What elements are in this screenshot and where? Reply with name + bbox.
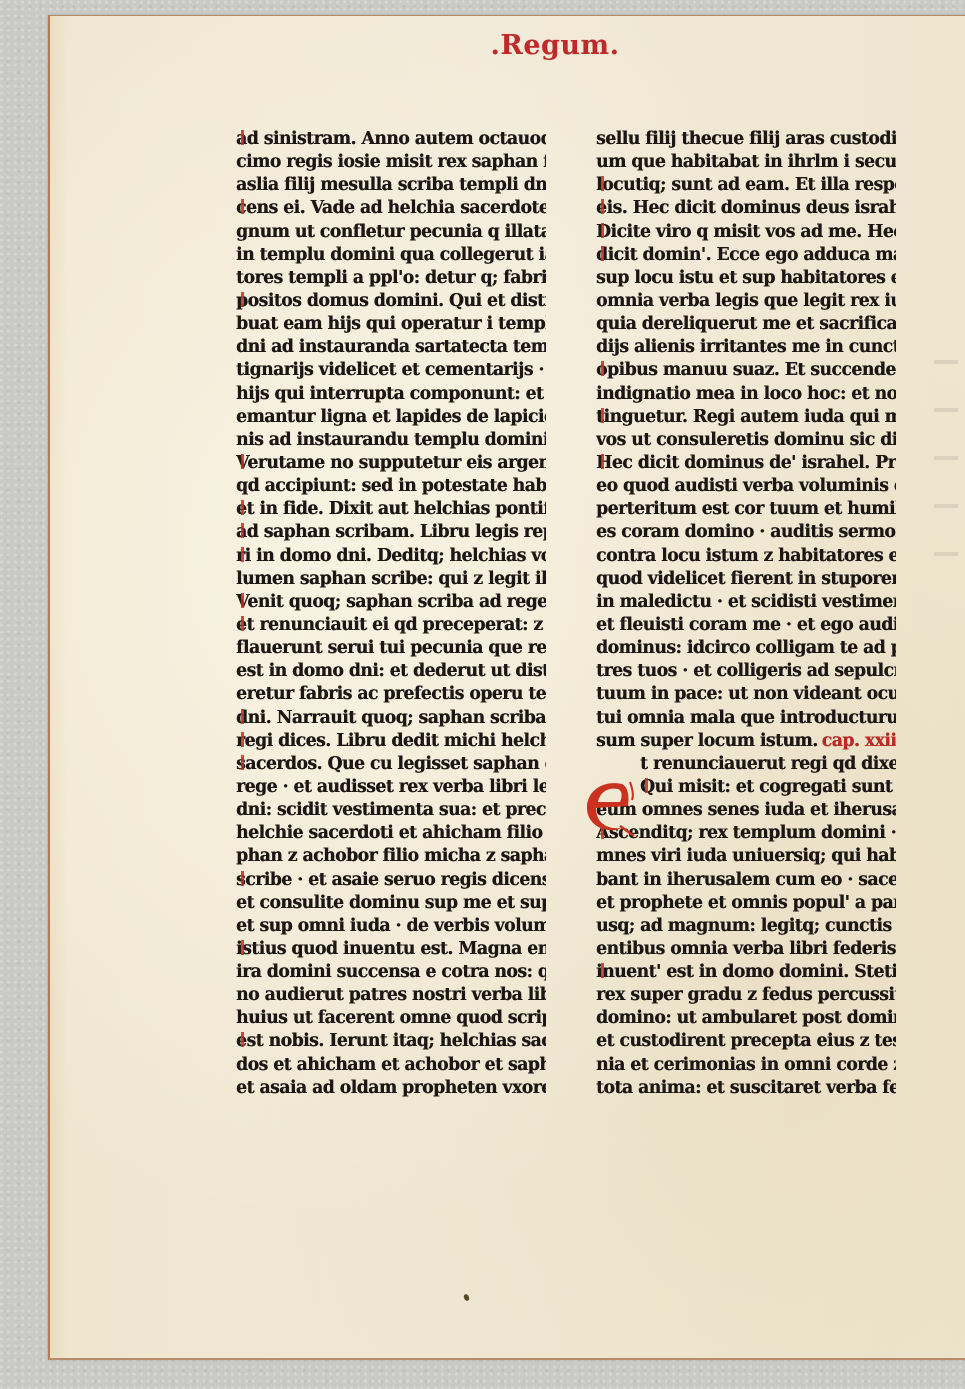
line-text: tignarijs videlicet et cementarijs · et bbox=[236, 360, 546, 380]
line-text: entibus omnia verba libri federis qui bbox=[596, 939, 896, 959]
line-text: cens ei. Vade ad helchia sacerdote ma- bbox=[236, 198, 546, 218]
text-line: buat eam hijs qui operatur i templo bbox=[236, 313, 546, 336]
line-text: ad sinistram. Anno autem octauode- bbox=[236, 129, 546, 149]
text-line: lumen saphan scribe: qui z legit illud. bbox=[236, 568, 546, 591]
line-text: dos et ahicham et achobor et saphan bbox=[236, 1055, 546, 1075]
line-text: helchie sacerdoti et ahicham filio sa- bbox=[236, 823, 546, 843]
line-text: et consulite dominu sup me et sup ppl'o bbox=[236, 893, 546, 913]
text-line: et renunciauit ei qd preceperat: z ait. … bbox=[236, 614, 546, 637]
line-text: rege · et audisset rex verba libri legis bbox=[236, 777, 546, 797]
text-line: istius quod inuentu est. Magna eni bbox=[236, 938, 546, 961]
rubrication-stroke bbox=[601, 176, 604, 191]
line-text: ad saphan scribam. Libru legis repe- bbox=[236, 522, 546, 542]
text-line: sellu filij thecue filij aras custodis v… bbox=[596, 128, 896, 151]
line-text: et fleuisti coram me · et ego audiui ait bbox=[596, 615, 896, 635]
line-text: est in domo dni: et dederut ut distribu- bbox=[236, 661, 546, 681]
text-line: sum super locum istum.cap. xxiii. bbox=[596, 730, 896, 753]
show-through-marks bbox=[934, 340, 958, 580]
rubrication-stroke bbox=[241, 130, 244, 145]
text-line: quod videlicet fierent in stuporem et bbox=[596, 568, 896, 591]
rubrication-stroke bbox=[241, 547, 244, 562]
text-line: entibus omnia verba libri federis qui bbox=[596, 938, 896, 961]
line-text: lumen saphan scribe: qui z legit illud. bbox=[236, 569, 546, 589]
text-line: dni: scidit vestimenta sua: et precepit bbox=[236, 799, 546, 822]
line-text: inuent' est in domo domini. Stetitq; bbox=[596, 962, 896, 982]
text-line: bant in iherusalem cum eo · sacerdotes bbox=[596, 869, 896, 892]
text-line: Dicite viro q misit vos ad me. Hec bbox=[596, 221, 896, 244]
text-line: cimo regis iosie misit rex saphan filiu bbox=[236, 151, 546, 174]
line-text: contra locu istum z habitatores eius bbox=[596, 546, 896, 566]
decorated-initial-e bbox=[582, 778, 634, 830]
text-line: et custodirent precepta eius z testimo- bbox=[596, 1030, 896, 1053]
text-line: dni. Narrauit quoq; saphan scriba bbox=[236, 707, 546, 730]
text-line: et asaia ad oldam propheten vxorem bbox=[236, 1077, 546, 1100]
text-line: hijs qui interrupta componunt: et ut bbox=[236, 383, 546, 406]
text-line: tuum in pace: ut non videant oculi bbox=[596, 683, 896, 706]
text-line: qd accipiunt: sed in potestate habeat bbox=[236, 475, 546, 498]
line-text: regi dices. Libru dedit michi helchias bbox=[236, 731, 546, 751]
text-line: vos ut consuleretis dominu sic dicetis. bbox=[596, 429, 896, 452]
text-line: mnes viri iuda uniuersiq; qui habita- bbox=[596, 845, 896, 868]
text-line: rege · et audisset rex verba libri legis bbox=[236, 776, 546, 799]
text-line: eis. Hec dicit dominus deus israhel. bbox=[596, 197, 896, 220]
text-line: dominus: idcirco colligam te ad pa- bbox=[596, 637, 896, 660]
text-line: cens ei. Vade ad helchia sacerdote ma- bbox=[236, 197, 546, 220]
line-text: no audierut patres nostri verba libri bbox=[236, 985, 546, 1005]
text-line: quia dereliquerut me et sacrificauerut bbox=[596, 313, 896, 336]
line-text: dijs alienis irritantes me in cunctis bbox=[596, 337, 896, 357]
text-line: aslia filij mesulla scriba templi dni: d… bbox=[236, 174, 546, 197]
text-line: tres tuos · et colligeris ad sepulcrum bbox=[596, 660, 896, 683]
rubrication-stroke bbox=[241, 523, 244, 538]
line-text: in templu domini qua collegerut iani- bbox=[236, 245, 546, 265]
text-line: in maledictu · et scidisti vestimenta tu… bbox=[596, 591, 896, 614]
rubrication-stroke bbox=[241, 593, 244, 608]
text-line: huius ut facerent omne quod scriptu bbox=[236, 1007, 546, 1030]
text-line: ad saphan scribam. Libru legis repe- bbox=[236, 521, 546, 544]
line-text: tota anima: et suscitaret verba federis bbox=[596, 1078, 896, 1098]
text-line: contra locu istum z habitatores eius bbox=[596, 545, 896, 568]
text-line: gnum ut confletur pecunia q illata e bbox=[236, 221, 546, 244]
line-text: sum super locum istum. bbox=[596, 731, 818, 751]
text-column-right: sellu filij thecue filij aras custodis v… bbox=[596, 128, 896, 1100]
line-text: bant in iherusalem cum eo · sacerdotes bbox=[596, 870, 896, 890]
text-line: nia et cerimonias in omni corde z in bbox=[596, 1054, 896, 1077]
text-line: dicit domin'. Ecce ego adduca mala bbox=[596, 244, 896, 267]
text-line: et sup omni iuda · de verbis voluminis bbox=[236, 915, 546, 938]
line-text: sacerdos. Que cu legisset saphan cora bbox=[236, 754, 546, 774]
line-text: aslia filij mesulla scriba templi dni: d… bbox=[236, 175, 546, 195]
line-text: opibus manuu suaz. Et succendetur bbox=[596, 360, 896, 380]
line-text: Verutame no supputetur eis argentu bbox=[236, 453, 546, 473]
line-text: Qui misit: et cogregati sunt ad bbox=[640, 777, 896, 797]
line-text: positos domus domini. Qui et distri- bbox=[236, 291, 546, 311]
text-line: regi dices. Libru dedit michi helchias bbox=[236, 730, 546, 753]
text-line: omnia verba legis que legit rex iuda: bbox=[596, 290, 896, 313]
text-line: perteritum est cor tuum et humiliatus bbox=[596, 498, 896, 521]
rubrication-stroke bbox=[241, 732, 244, 747]
text-line: tui omnia mala que introducturus bbox=[596, 707, 896, 730]
rubrication-stroke bbox=[601, 199, 604, 214]
text-line: t renunciauerut regi qd dixerat. bbox=[596, 753, 896, 776]
line-text: dni: scidit vestimenta sua: et precepit bbox=[236, 800, 546, 820]
rubrication-stroke bbox=[241, 1032, 244, 1047]
line-text: quod videlicet fierent in stuporem et bbox=[596, 569, 896, 589]
rubrication-stroke bbox=[241, 616, 244, 631]
line-text: tres tuos · et colligeris ad sepulcrum bbox=[596, 661, 896, 681]
line-text: et renunciauit ei qd preceperat: z ait. … bbox=[236, 615, 546, 635]
line-text: gnum ut confletur pecunia q illata e bbox=[236, 222, 546, 242]
text-line: ad sinistram. Anno autem octauode- bbox=[236, 128, 546, 151]
line-text: huius ut facerent omne quod scriptu bbox=[236, 1008, 546, 1028]
line-text: nis ad instaurandu templu domini. bbox=[236, 430, 546, 450]
text-line: helchie sacerdoti et ahicham filio sa- bbox=[236, 822, 546, 845]
line-text: Venit quoq; saphan scriba ad rege: bbox=[236, 592, 546, 612]
line-text: cimo regis iosie misit rex saphan filiu bbox=[236, 152, 546, 172]
text-line: um que habitabat in ihrlm i secunda: bbox=[596, 151, 896, 174]
line-text: eis. Hec dicit dominus deus israhel. bbox=[596, 198, 896, 218]
line-text: tores templi a ppl'o: detur q; fabris pe… bbox=[236, 268, 546, 288]
line-text: qd accipiunt: sed in potestate habeat bbox=[236, 476, 546, 496]
line-text: eo quod audisti verba voluminis et bbox=[596, 476, 896, 496]
text-line: inuent' est in domo domini. Stetitq; bbox=[596, 961, 896, 984]
text-line: et consulite dominu sup me et sup ppl'o bbox=[236, 892, 546, 915]
line-text: emantur ligna et lapides de lapicidi- bbox=[236, 407, 546, 427]
text-line: et prophete et omnis popul' a paruo bbox=[596, 892, 896, 915]
rubrication-stroke bbox=[241, 709, 244, 724]
line-text: usq; ad magnum: legitq; cunctis audi- bbox=[596, 916, 896, 936]
text-line: no audierut patres nostri verba libri bbox=[236, 984, 546, 1007]
text-line: tota anima: et suscitaret verba federis bbox=[596, 1077, 896, 1100]
rubrication-stroke bbox=[601, 361, 604, 376]
line-text: omnia verba legis que legit rex iuda: bbox=[596, 291, 896, 311]
line-text: dicit domin'. Ecce ego adduca mala bbox=[596, 245, 896, 265]
line-text: nia et cerimonias in omni corde z in bbox=[596, 1055, 896, 1075]
line-text: buat eam hijs qui operatur i templo bbox=[236, 314, 546, 334]
line-text: et sup omni iuda · de verbis voluminis bbox=[236, 916, 546, 936]
text-line: rex super gradu z fedus percussit cora bbox=[596, 984, 896, 1007]
text-line: ri in domo dni. Deditq; helchias vo- bbox=[236, 545, 546, 568]
line-text: est nobis. Ierunt itaq; helchias sacer- bbox=[236, 1031, 546, 1051]
rubrication-stroke bbox=[241, 755, 244, 770]
text-line: indignatio mea in loco hoc: et non ex- bbox=[596, 383, 896, 406]
text-line: dijs alienis irritantes me in cunctis bbox=[596, 336, 896, 359]
line-text: tuum in pace: ut non videant oculi bbox=[596, 684, 896, 704]
rubrication-stroke bbox=[241, 199, 244, 214]
line-text: ri in domo dni. Deditq; helchias vo- bbox=[236, 546, 546, 566]
text-line: et in fide. Dixit aut helchias pontifex bbox=[236, 498, 546, 521]
text-line: Verutame no supputetur eis argentu bbox=[236, 452, 546, 475]
text-line: est nobis. Ierunt itaq; helchias sacer- bbox=[236, 1030, 546, 1053]
line-text: tinguetur. Regi autem iuda qui misit bbox=[596, 407, 896, 427]
rubrication-stroke bbox=[241, 500, 244, 515]
line-text: Hec dicit dominus de' israhel. Pro bbox=[596, 453, 896, 473]
text-line: domino: ut ambularet post dominu bbox=[596, 1007, 896, 1030]
text-line: eretur fabris ac prefectis operu templi bbox=[236, 683, 546, 706]
line-text: ira domini succensa e cotra nos: quia bbox=[236, 962, 546, 982]
text-line: opibus manuu suaz. Et succendetur bbox=[596, 359, 896, 382]
text-line: es coram domino · auditis sermonibz bbox=[596, 521, 896, 544]
rubrication-stroke bbox=[241, 454, 244, 469]
line-text: dni. Narrauit quoq; saphan scriba bbox=[236, 708, 546, 728]
text-line: sacerdos. Que cu legisset saphan cora bbox=[236, 753, 546, 776]
line-text: quia dereliquerut me et sacrificauerut bbox=[596, 314, 896, 334]
text-line: nis ad instaurandu templu domini. bbox=[236, 429, 546, 452]
line-text: phan z achobor filio micha z saphan bbox=[236, 846, 546, 866]
line-text: dominus: idcirco colligam te ad pa- bbox=[596, 638, 896, 658]
line-text: locutiq; sunt ad eam. Et illa respodit bbox=[596, 175, 896, 195]
line-text: vos ut consuleretis dominu sic dicetis. bbox=[596, 430, 896, 450]
text-line: phan z achobor filio micha z saphan bbox=[236, 845, 546, 868]
line-text: eretur fabris ac prefectis operu templi bbox=[236, 684, 546, 704]
line-text: rex super gradu z fedus percussit cora bbox=[596, 985, 896, 1005]
text-line: eo quod audisti verba voluminis et bbox=[596, 475, 896, 498]
line-text: scribe · et asaie seruo regis dicens. It… bbox=[236, 870, 546, 890]
line-text: indignatio mea in loco hoc: et non ex- bbox=[596, 384, 896, 404]
line-text: sellu filij thecue filij aras custodis v… bbox=[596, 129, 896, 149]
line-text: et in fide. Dixit aut helchias pontifex bbox=[236, 499, 546, 519]
chapter-heading: cap. xxiii. bbox=[822, 731, 896, 751]
line-text: et asaia ad oldam propheten vxorem bbox=[236, 1078, 546, 1098]
rubrication-stroke bbox=[601, 963, 604, 978]
text-line: tignarijs videlicet et cementarijs · et bbox=[236, 359, 546, 382]
running-head: .Regum. bbox=[475, 30, 635, 61]
rubrication-stroke bbox=[601, 408, 604, 423]
text-line: ira domini succensa e cotra nos: quia bbox=[236, 961, 546, 984]
line-text: in maledictu · et scidisti vestimenta tu… bbox=[596, 592, 896, 612]
line-text: et prophete et omnis popul' a paruo bbox=[596, 893, 896, 913]
line-text: istius quod inuentu est. Magna eni bbox=[236, 939, 546, 959]
text-line: positos domus domini. Qui et distri- bbox=[236, 290, 546, 313]
rubrication-stroke bbox=[241, 292, 244, 307]
line-text: t renunciauerut regi qd dixerat. bbox=[640, 754, 896, 774]
text-line: tinguetur. Regi autem iuda qui misit bbox=[596, 406, 896, 429]
line-text: et custodirent precepta eius z testimo- bbox=[596, 1031, 896, 1051]
rubrication-stroke bbox=[601, 246, 604, 261]
text-line: locutiq; sunt ad eam. Et illa respodit bbox=[596, 174, 896, 197]
text-line: sup locu istu et sup habitatores eius bbox=[596, 267, 896, 290]
rubrication-stroke bbox=[645, 778, 648, 793]
line-text: tui omnia mala que introducturus bbox=[596, 708, 896, 728]
rubrication-stroke bbox=[241, 940, 244, 955]
text-line: dni ad instauranda sartatecta templi- bbox=[236, 336, 546, 359]
line-text: sup locu istu et sup habitatores eius bbox=[596, 268, 896, 288]
text-line: dos et ahicham et achobor et saphan bbox=[236, 1054, 546, 1077]
text-line: Venit quoq; saphan scriba ad rege: bbox=[236, 591, 546, 614]
line-text: hijs qui interrupta componunt: et ut bbox=[236, 384, 546, 404]
line-text: mnes viri iuda uniuersiq; qui habita- bbox=[596, 846, 896, 866]
text-column-left: ad sinistram. Anno autem octauode-cimo r… bbox=[236, 128, 546, 1100]
line-text: perteritum est cor tuum et humiliatus bbox=[596, 499, 896, 519]
text-line: usq; ad magnum: legitq; cunctis audi- bbox=[596, 915, 896, 938]
text-line: in templu domini qua collegerut iani- bbox=[236, 244, 546, 267]
text-line: tores templi a ppl'o: detur q; fabris pe… bbox=[236, 267, 546, 290]
text-line: flauerunt serui tui pecunia que reperta bbox=[236, 637, 546, 660]
line-text: domino: ut ambularet post dominu bbox=[596, 1008, 896, 1028]
rubrication-stroke bbox=[601, 454, 604, 469]
rubrication-stroke bbox=[241, 871, 244, 886]
initial-e-icon bbox=[582, 778, 642, 838]
line-text: um que habitabat in ihrlm i secunda: bbox=[596, 152, 896, 172]
text-line: et fleuisti coram me · et ego audiui ait bbox=[596, 614, 896, 637]
text-line: est in domo dni: et dederut ut distribu- bbox=[236, 660, 546, 683]
rubrication-stroke bbox=[601, 223, 604, 238]
line-text: dni ad instauranda sartatecta templi- bbox=[236, 337, 546, 357]
line-text: Dicite viro q misit vos ad me. Hec bbox=[596, 222, 896, 242]
line-text: flauerunt serui tui pecunia que reperta bbox=[236, 638, 546, 658]
text-line: Hec dicit dominus de' israhel. Pro bbox=[596, 452, 896, 475]
line-text: es coram domino · auditis sermonibz bbox=[596, 522, 896, 542]
text-line: emantur ligna et lapides de lapicidi- bbox=[236, 406, 546, 429]
text-line: scribe · et asaie seruo regis dicens. It… bbox=[236, 869, 546, 892]
